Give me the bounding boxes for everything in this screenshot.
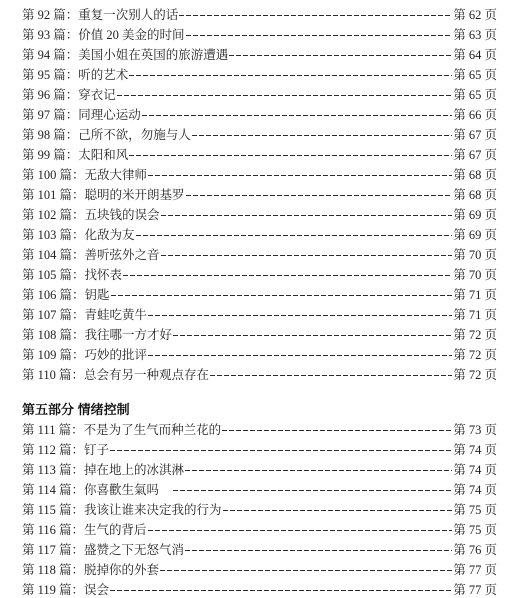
entry-page: 第 63 页 xyxy=(453,25,497,45)
entry-title: 善听弦外之音 xyxy=(85,245,160,265)
entry-title: 找怀表 xyxy=(85,265,123,285)
entry-title: 钥匙 xyxy=(85,285,110,305)
dotted-leader xyxy=(185,540,452,560)
toc-entry: 第 116 篇：生气的背后第 75 页 xyxy=(22,520,497,540)
entry-page: 第 67 页 xyxy=(453,145,497,165)
entry-title: 穿衣记 xyxy=(78,85,116,105)
toc-entry: 第 107 篇：青蛙吃黄牛第 71 页 xyxy=(22,305,497,325)
dotted-leader xyxy=(161,205,453,225)
dotted-leader xyxy=(110,580,452,598)
dotted-leader xyxy=(111,285,453,305)
dotted-leader xyxy=(192,125,452,145)
entry-title: 聪明的米开朗基罗 xyxy=(85,185,185,205)
entry-number: 第 99 篇： xyxy=(22,145,78,165)
dotted-leader xyxy=(160,560,452,580)
dotted-leader xyxy=(179,5,452,25)
toc-entry: 第 104 篇：善听弦外之音第 70 页 xyxy=(22,245,497,265)
entry-number: 第 96 篇： xyxy=(22,85,78,105)
entry-page: 第 75 页 xyxy=(453,520,497,540)
entry-number: 第 111 篇： xyxy=(22,420,84,440)
toc-entry: 第 99 篇：太阳和风第 67 页 xyxy=(22,145,497,165)
entry-number: 第 116 篇： xyxy=(22,520,84,540)
entry-title: 太阳和风 xyxy=(78,145,128,165)
toc-entry: 第 106 篇：钥匙第 71 页 xyxy=(22,285,497,305)
entry-title: 无敌大律师 xyxy=(85,165,148,185)
entry-page: 第 72 页 xyxy=(453,345,497,365)
entry-page: 第 71 页 xyxy=(453,305,497,325)
dotted-leader xyxy=(161,245,453,265)
toc-entry: 第 101 篇：聪明的米开朗基罗第 68 页 xyxy=(22,185,497,205)
toc-entry: 第 108 篇：我往哪一方才好第 72 页 xyxy=(22,325,497,345)
entry-page: 第 76 页 xyxy=(453,540,497,560)
toc-entry: 第 98 篇：己所不欲，勿施与人第 67 页 xyxy=(22,125,497,145)
entry-number: 第 101 篇： xyxy=(22,185,85,205)
entry-page: 第 69 页 xyxy=(453,205,497,225)
entry-page: 第 72 页 xyxy=(453,325,497,345)
dotted-leader xyxy=(186,185,453,205)
entry-title: 误会 xyxy=(84,580,109,598)
dotted-leader xyxy=(148,345,452,365)
entry-number: 第 106 篇： xyxy=(22,285,85,305)
entry-number: 第 118 篇： xyxy=(22,560,84,580)
entry-page: 第 69 页 xyxy=(453,225,497,245)
entry-page: 第 75 页 xyxy=(453,500,497,520)
toc-entry: 第 103 篇：化敌为友第 69 页 xyxy=(22,225,497,245)
entry-number: 第 104 篇： xyxy=(22,245,85,265)
dotted-leader xyxy=(173,480,453,500)
entry-title: 价值 20 美金的时间 xyxy=(78,25,184,45)
dotted-leader xyxy=(223,500,453,520)
entry-number: 第 103 篇： xyxy=(22,225,85,245)
entry-number: 第 94 篇： xyxy=(22,45,78,65)
toc-entry: 第 111 篇：不是为了生气而种兰花的第 73 页 xyxy=(22,420,497,440)
entry-number: 第 114 篇： xyxy=(22,480,84,500)
dotted-leader xyxy=(117,85,452,105)
entry-page: 第 68 页 xyxy=(453,165,497,185)
toc-entry: 第 100 篇：无敌大律师第 68 页 xyxy=(22,165,497,185)
toc-entry: 第 114 篇：你喜歡生氣吗 第 74 页 xyxy=(22,480,497,500)
entry-title: 巧妙的批评 xyxy=(85,345,148,365)
entry-title: 同理心运动 xyxy=(78,105,141,125)
entry-page: 第 65 页 xyxy=(453,65,497,85)
entry-page: 第 74 页 xyxy=(453,460,497,480)
entry-title: 你喜歡生氣吗 xyxy=(84,480,172,500)
dotted-leader xyxy=(148,520,453,540)
entry-number: 第 115 篇： xyxy=(22,500,84,520)
entry-title: 生气的背后 xyxy=(84,520,147,540)
entry-page: 第 64 页 xyxy=(453,45,497,65)
dotted-leader xyxy=(148,165,452,185)
entry-number: 第 105 篇： xyxy=(22,265,85,285)
entry-title: 听的艺术 xyxy=(78,65,128,85)
entry-title: 化敌为友 xyxy=(85,225,135,245)
entry-title: 盛赞之下无怒气消 xyxy=(84,540,184,560)
entry-page: 第 73 页 xyxy=(453,420,497,440)
dotted-leader xyxy=(110,440,452,460)
dotted-leader xyxy=(123,265,452,285)
toc-entry: 第 102 篇：五块钱的误会第 69 页 xyxy=(22,205,497,225)
entry-number: 第 109 篇： xyxy=(22,345,85,365)
entry-page: 第 70 页 xyxy=(453,245,497,265)
entry-number: 第 113 篇： xyxy=(22,460,84,480)
toc-entry: 第 115 篇：我该让谁来决定我的行为第 75 页 xyxy=(22,500,497,520)
entry-number: 第 92 篇： xyxy=(22,5,78,25)
dotted-leader xyxy=(142,105,452,125)
entry-number: 第 112 篇： xyxy=(22,440,84,460)
toc-entry: 第 92 篇：重复一次别人的话第 62 页 xyxy=(22,5,497,25)
dotted-leader xyxy=(173,325,452,345)
toc-entry: 第 97 篇：同理心运动第 66 页 xyxy=(22,105,497,125)
toc-entry: 第 117 篇：盛赞之下无怒气消第 76 页 xyxy=(22,540,497,560)
entry-page: 第 77 页 xyxy=(453,560,497,580)
toc-entry: 第 95 篇：听的艺术第 65 页 xyxy=(22,65,497,85)
entry-title: 我该让谁来决定我的行为 xyxy=(84,500,222,520)
entry-number: 第 117 篇： xyxy=(22,540,84,560)
toc-entry: 第 112 篇：钉子第 74 页 xyxy=(22,440,497,460)
entry-number: 第 108 篇： xyxy=(22,325,85,345)
entry-title: 五块钱的误会 xyxy=(85,205,160,225)
toc-entry: 第 94 篇：美国小姐在英国的旅游遭遇第 64 页 xyxy=(22,45,497,65)
dotted-leader xyxy=(136,225,453,245)
toc-entry: 第 119 篇：误会第 77 页 xyxy=(22,580,497,598)
dotted-leader xyxy=(185,460,452,480)
entry-page: 第 67 页 xyxy=(453,125,497,145)
entry-number: 第 95 篇： xyxy=(22,65,78,85)
entry-page: 第 77 页 xyxy=(453,580,497,598)
entry-title: 青蛙吃黄牛 xyxy=(85,305,148,325)
toc-entry: 第 118 篇：脱掉你的外套第 77 页 xyxy=(22,560,497,580)
entry-title: 不是为了生气而种兰花的 xyxy=(84,420,222,440)
section-header: 第五部分 情绪控制 xyxy=(22,400,497,420)
entry-number: 第 100 篇： xyxy=(22,165,85,185)
toc-document-page: 第 92 篇：重复一次别人的话第 62 页 第 93 篇：价值 20 美金的时间… xyxy=(0,0,513,598)
toc-entry: 第 110 篇：总会有另一种观点存在第 72 页 xyxy=(22,365,497,385)
dotted-leader xyxy=(210,365,452,385)
dotted-leader xyxy=(129,65,452,85)
entry-number: 第 107 篇： xyxy=(22,305,85,325)
toc-entry: 第 96 篇：穿衣记第 65 页 xyxy=(22,85,497,105)
entry-number: 第 93 篇： xyxy=(22,25,78,45)
entry-title: 钉子 xyxy=(84,440,109,460)
entry-page: 第 66 页 xyxy=(453,105,497,125)
entry-page: 第 74 页 xyxy=(453,480,497,500)
entry-number: 第 119 篇： xyxy=(22,580,84,598)
entry-page: 第 72 页 xyxy=(453,365,497,385)
entry-page: 第 74 页 xyxy=(453,440,497,460)
entry-number: 第 110 篇： xyxy=(22,365,84,385)
dotted-leader xyxy=(222,420,452,440)
toc-entry: 第 93 篇：价值 20 美金的时间第 63 页 xyxy=(22,25,497,45)
entry-title: 重复一次别人的话 xyxy=(78,5,178,25)
dotted-leader xyxy=(129,145,452,165)
entry-number: 第 98 篇： xyxy=(22,125,78,145)
entry-title: 美国小姐在英国的旅游遭遇 xyxy=(78,45,228,65)
entry-page: 第 68 页 xyxy=(453,185,497,205)
entry-page: 第 62 页 xyxy=(453,5,497,25)
entry-page: 第 65 页 xyxy=(453,85,497,105)
dotted-leader xyxy=(186,25,453,45)
entry-title: 己所不欲，勿施与人 xyxy=(78,125,191,145)
entry-title: 脱掉你的外套 xyxy=(84,560,159,580)
entry-number: 第 102 篇： xyxy=(22,205,85,225)
entry-title: 我往哪一方才好 xyxy=(85,325,173,345)
toc-entry: 第 113 篇：掉在地上的冰淇淋第 74 页 xyxy=(22,460,497,480)
entry-page: 第 71 页 xyxy=(453,285,497,305)
entry-title: 掉在地上的冰淇淋 xyxy=(84,460,184,480)
entry-page: 第 70 页 xyxy=(453,265,497,285)
dotted-leader xyxy=(148,305,452,325)
entry-number: 第 97 篇： xyxy=(22,105,78,125)
dotted-leader xyxy=(229,45,452,65)
toc-entry: 第 105 篇：找怀表第 70 页 xyxy=(22,265,497,285)
toc-entry: 第 109 篇：巧妙的批评第 72 页 xyxy=(22,345,497,365)
entry-title: 总会有另一种观点存在 xyxy=(84,365,209,385)
